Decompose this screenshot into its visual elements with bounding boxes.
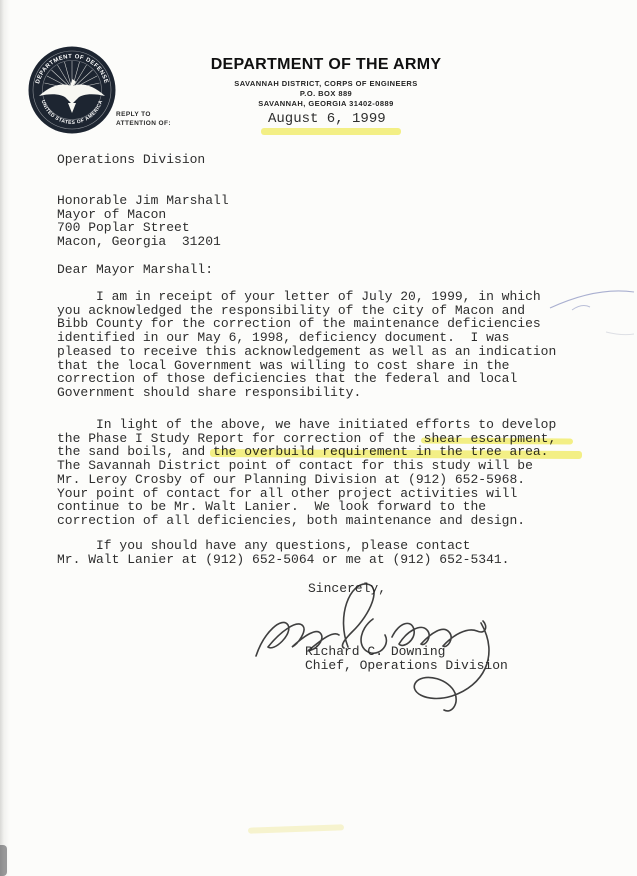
reply-to-line1: REPLY TO [116, 110, 171, 119]
city-state-zip-line: SAVANNAH, GEORGIA 31402-0889 [150, 99, 502, 108]
body-paragraph-2: In light of the above, we have initiated… [57, 418, 556, 528]
district-line: SAVANNAH DISTRICT, CORPS OF ENGINEERS [150, 79, 502, 88]
po-box-line: P.O. BOX 889 [150, 89, 502, 98]
agency-title: DEPARTMENT OF THE ARMY [150, 56, 502, 74]
letterhead: DEPARTMENT OF THE ARMY SAVANNAH DISTRICT… [150, 56, 502, 109]
highlight-mark-overbuild [210, 449, 582, 459]
highlight-mark-shear-escarpment [421, 437, 573, 444]
dod-seal: DEPARTMENT OF DEFENSE UNITED STATES OF A… [26, 44, 118, 136]
body-paragraph-1: I am in receipt of your letter of July 2… [57, 290, 556, 400]
highlighter-smudge [248, 824, 344, 833]
body-paragraph-3: If you should have any questions, please… [57, 539, 509, 566]
reply-to-line2: ATTENTION OF: [116, 119, 171, 128]
reply-to-block: REPLY TO ATTENTION OF: [116, 110, 171, 128]
office-symbol: Operations Division [57, 153, 205, 167]
signer-name: Richard C. Downing [305, 645, 445, 659]
salutation: Dear Mayor Marshall: [57, 263, 213, 277]
highlight-mark-date [261, 128, 401, 135]
scan-edge-shadow [0, 845, 7, 876]
signer-title: Chief, Operations Division [305, 659, 508, 673]
recipient-address: Honorable Jim Marshall Mayor of Macon 70… [57, 194, 229, 249]
pen-mark [548, 272, 637, 347]
date-line: August 6, 1999 [268, 113, 386, 127]
letter-page: DEPARTMENT OF DEFENSE UNITED STATES OF A… [0, 0, 637, 876]
